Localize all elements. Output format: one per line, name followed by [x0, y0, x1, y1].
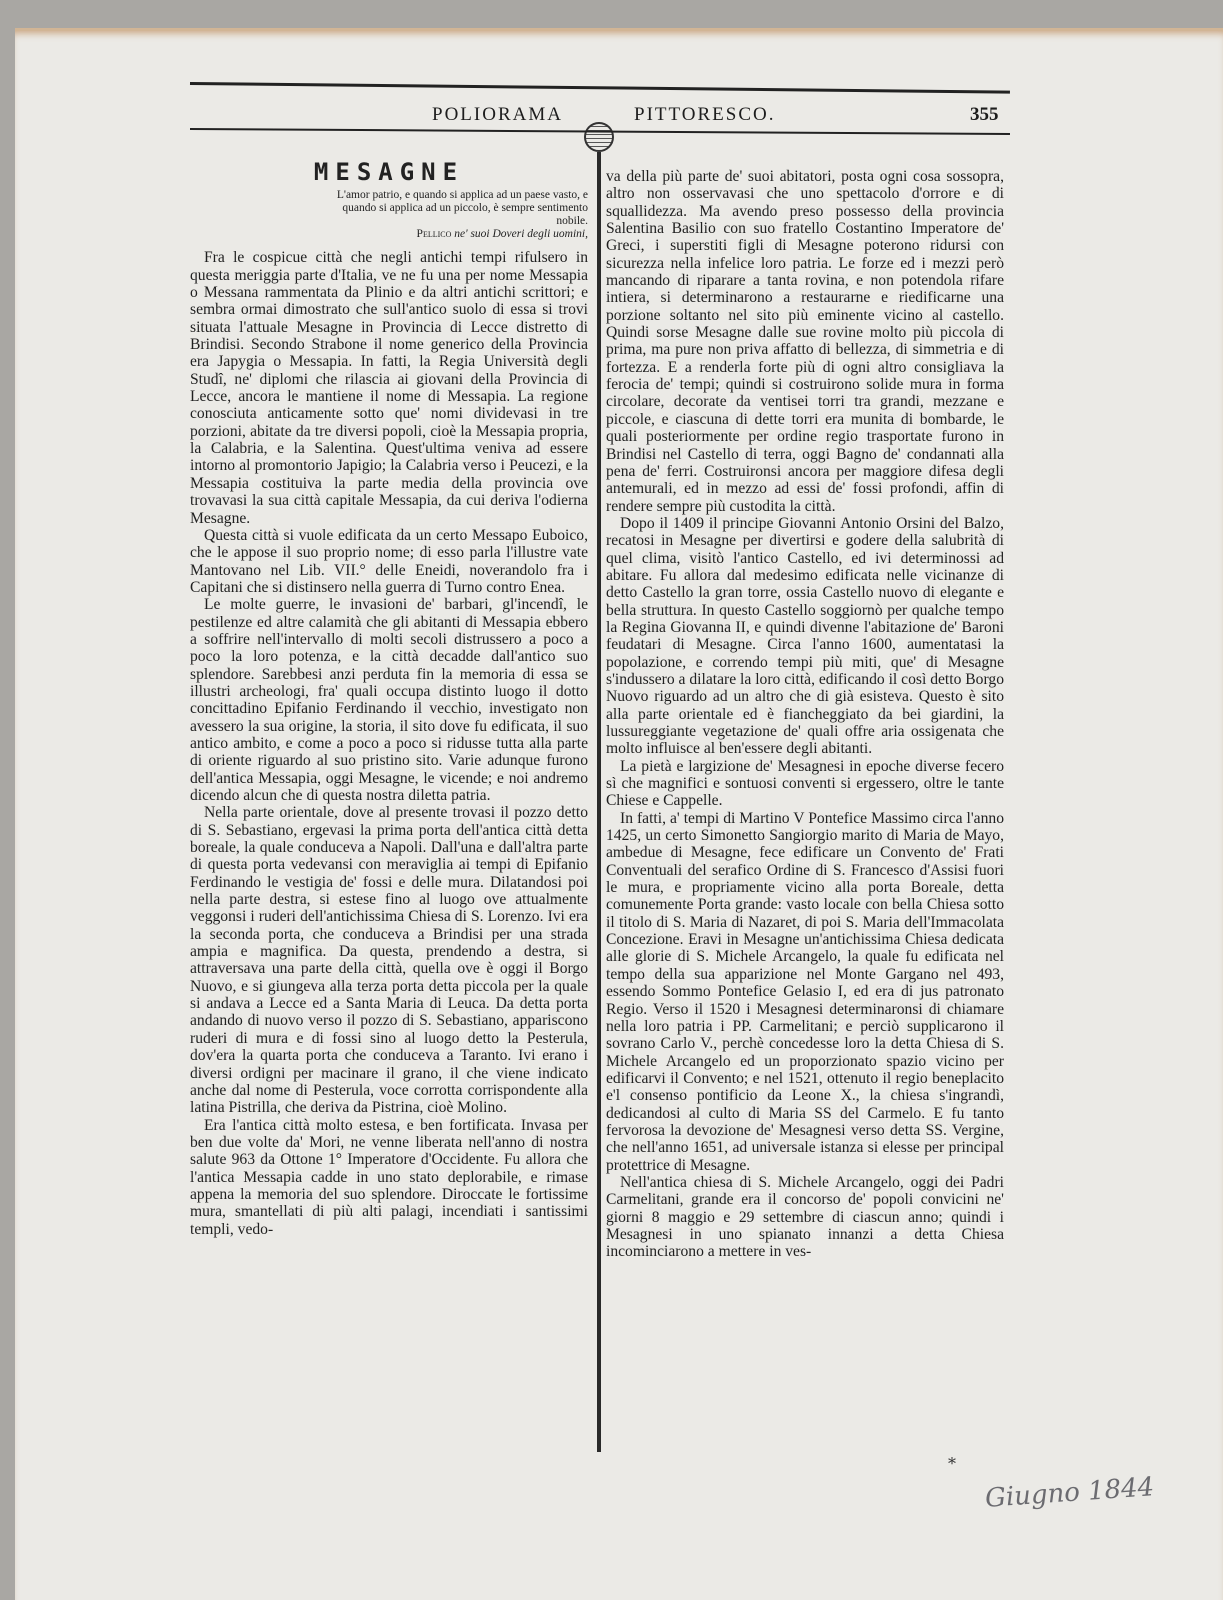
paragraph: La pietà e largizione de' Mesagnesi in e… — [606, 758, 1004, 810]
paragraph: Fra le cospicue città che negli antichi … — [190, 249, 588, 527]
paragraph: In fatti, a' tempi di Martino V Pontefic… — [606, 810, 1004, 1174]
paragraph: Nell'antica chiesa di S. Michele Arcange… — [606, 1174, 1004, 1261]
paragraph: Era l'antica città molto estesa, e ben f… — [190, 1117, 588, 1238]
paragraph: Dopo il 1409 il principe Giovanni Antoni… — [606, 515, 1004, 758]
header-title-right: PITTORESCO. — [634, 104, 775, 126]
epigraph-author: Pellico — [417, 228, 452, 240]
paragraph: Nella parte orientale, dove al presente … — [190, 804, 588, 1116]
paragraph: Le molte guerre, le invasioni de' barbar… — [190, 596, 588, 804]
article-title: MESAGNE — [190, 164, 588, 181]
epigraph: L'amor patrio, e quando si applica ad un… — [190, 189, 588, 241]
right-column: va della più parte de' suoi abitatori, p… — [606, 168, 1004, 1261]
column-divider — [597, 152, 601, 1452]
signature-asterisk: * — [948, 1454, 956, 1473]
epigraph-work: ne' suoi Doveri degli uomini, — [454, 228, 588, 240]
page-number: 355 — [970, 104, 999, 126]
paragraph: va della più parte de' suoi abitatori, p… — [606, 168, 1004, 515]
paragraph: Questa città si vuole edificata da un ce… — [190, 527, 588, 596]
epigraph-source: Pellico ne' suoi Doveri degli uomini, — [320, 228, 588, 241]
header-title-left: POLIORAMA — [432, 104, 563, 126]
left-column: MESAGNE L'amor patrio, e quando si appli… — [190, 162, 588, 1238]
epigraph-text: L'amor patrio, e quando si applica ad un… — [337, 189, 588, 227]
globe-emblem-icon — [584, 122, 614, 152]
